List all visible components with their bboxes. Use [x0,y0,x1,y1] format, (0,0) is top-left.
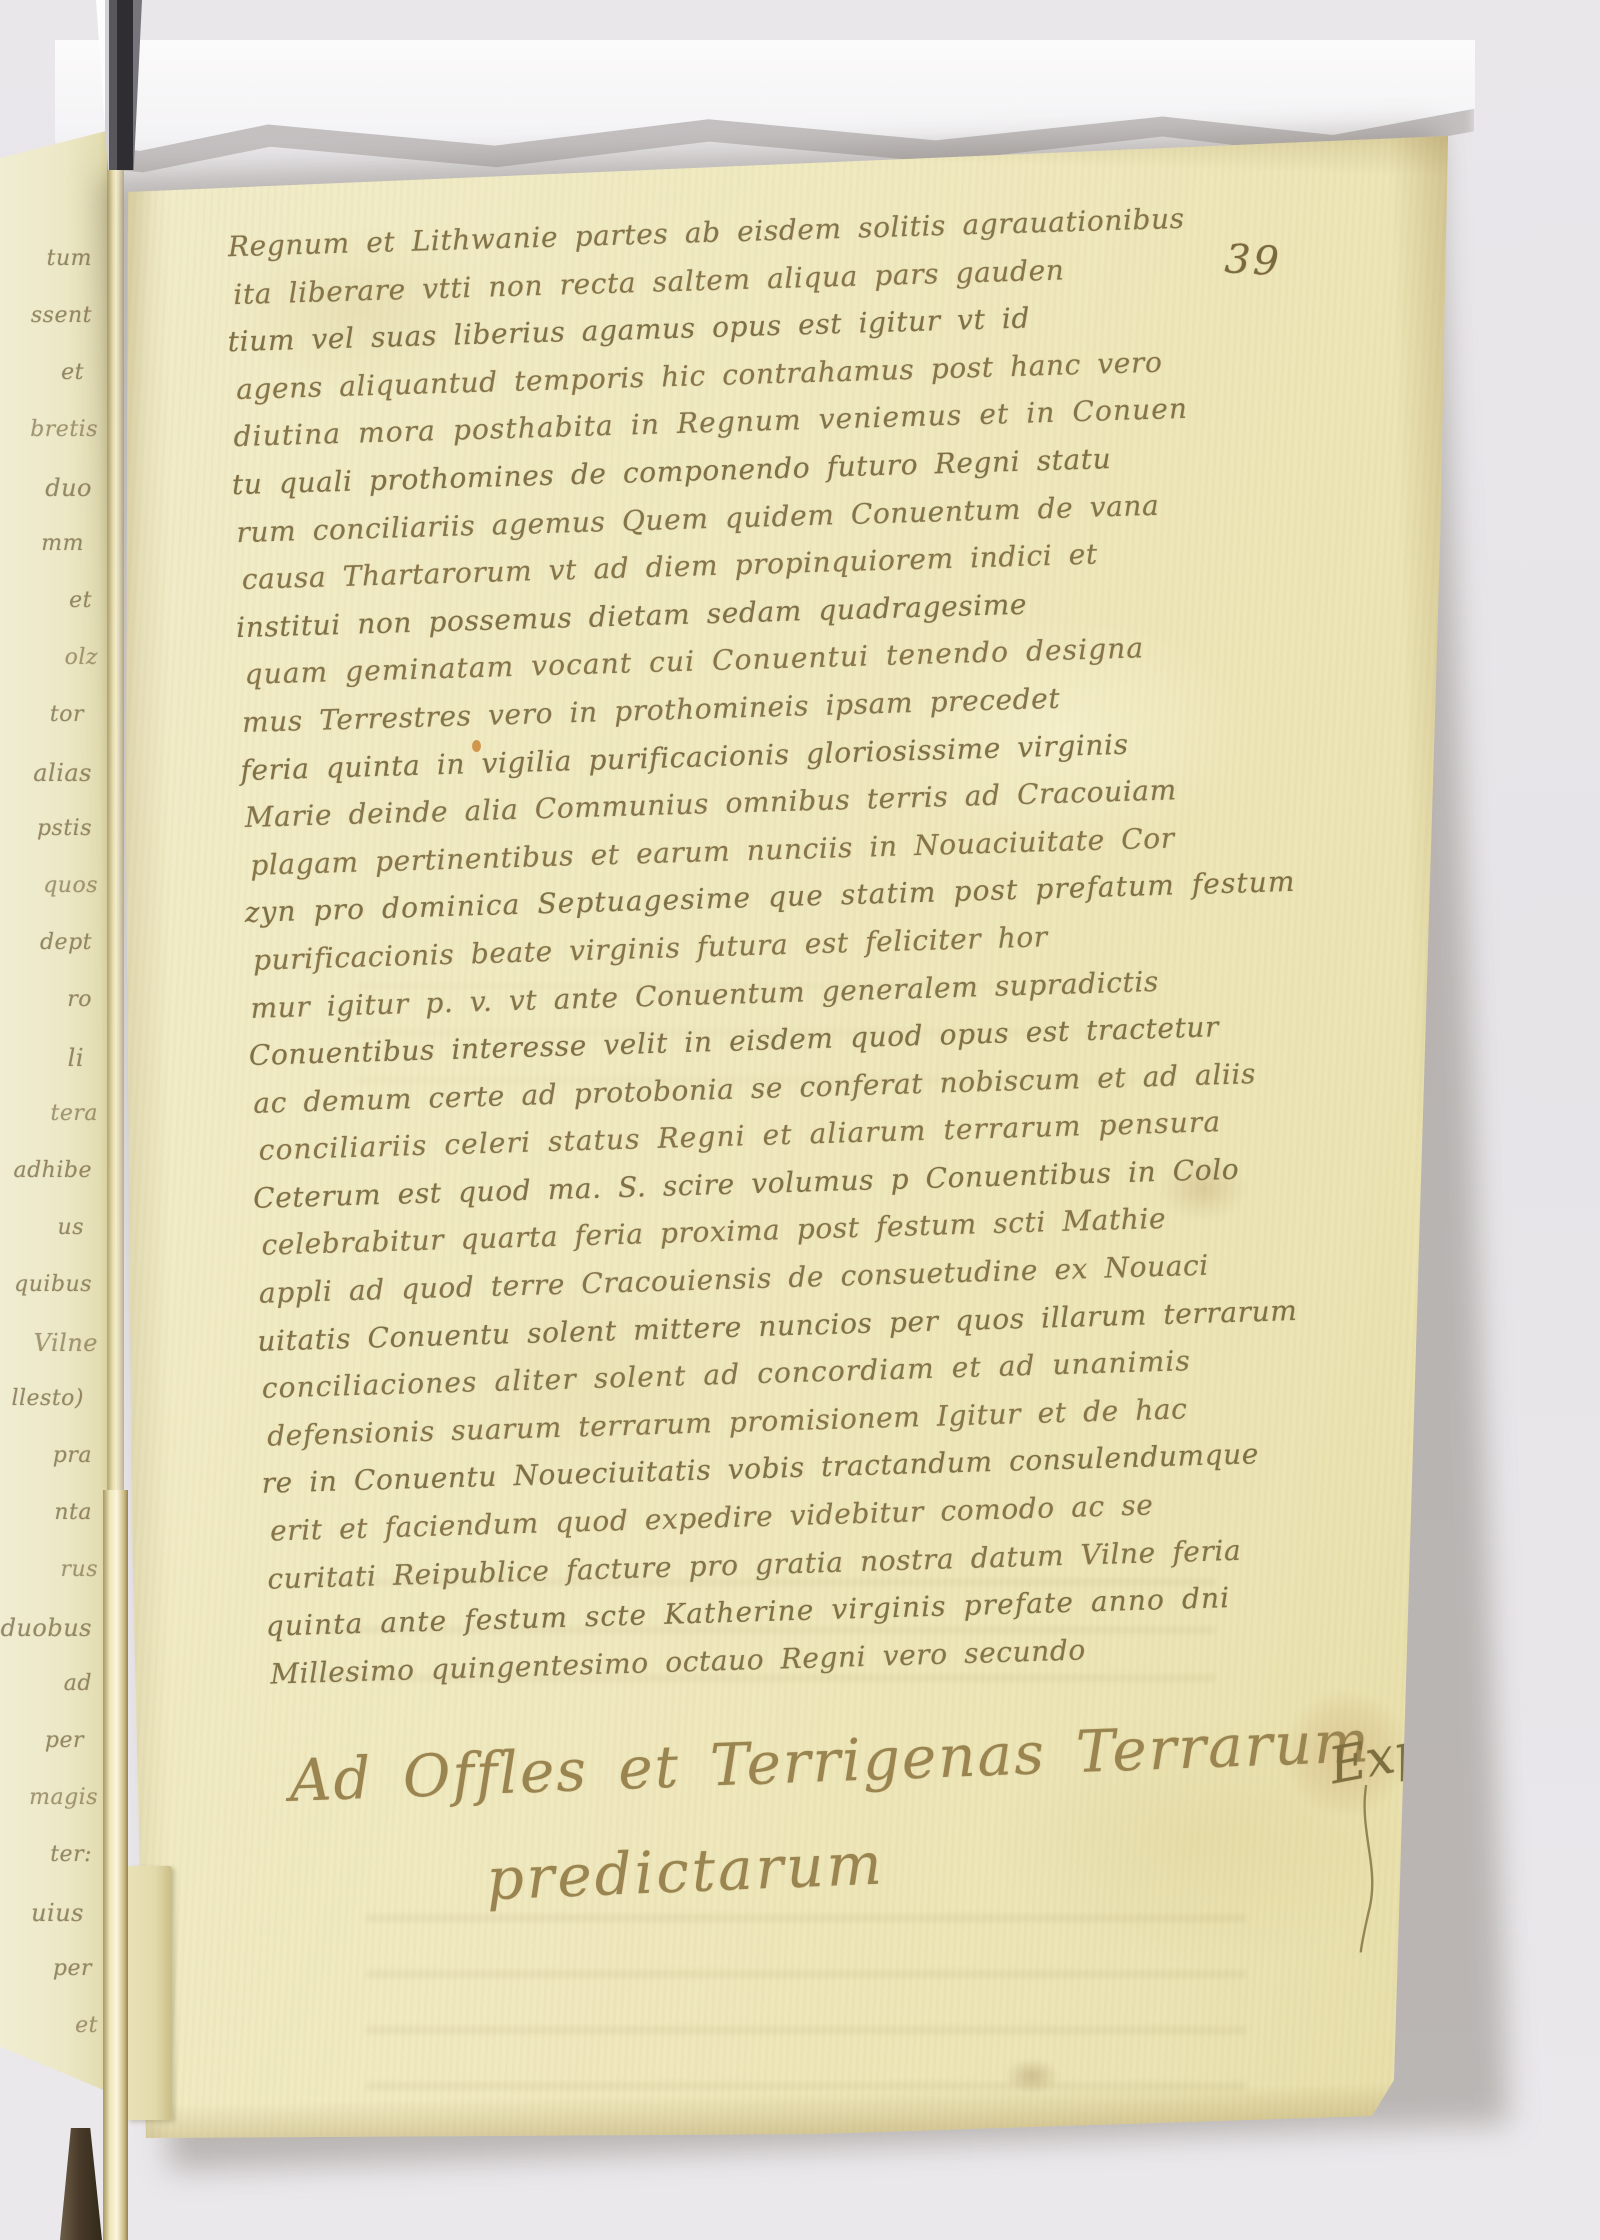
facing-page-text-fragment: dept [0,930,104,987]
facing-page-text-fragment: et [0,360,104,417]
facing-page-text-fragment: llesto) [0,1386,104,1443]
facing-page-text-fragment: bretis [0,417,104,474]
facing-page-text-fragment: us [0,1215,104,1272]
facing-page-text-fragment: per [0,1728,104,1785]
facing-page-text-fragment: et [0,588,104,645]
facing-page-text-fragment: adhibe [0,1158,104,1215]
facing-page-text-fragment: tum [0,246,104,303]
facing-page-text-fragment: ad [0,1671,104,1728]
facing-page-text-fragment: duobus [0,1614,104,1671]
facing-page-text-fragment: pstis [0,816,104,873]
facing-page-text-fragment: duo [0,474,104,531]
facing-page-text-fragment: ro [0,987,104,1044]
facing-page-text-fragment: mm [0,531,104,588]
facing-page-text-fragment: quibus [0,1272,104,1329]
facing-page-text-fragment: uius [0,1899,104,1956]
facing-page-text-fragment: pra [0,1443,104,1500]
photograph-backdrop: tumssentetbretisduommetolztoraliaspstisq… [0,0,1600,2240]
rod-bottom-tip [60,2128,102,2240]
parchment-gutter-tab [126,1866,172,2120]
facing-page-text-fragment: tor [0,702,104,759]
glass-rod [107,156,124,1496]
glass-rod-lower [103,1490,128,2240]
facing-page-gutter-strip: tumssentetbretisduommetolztoraliaspstisq… [0,128,118,2110]
facing-page-text-fragment: nta [0,1500,104,1557]
facing-page-text-fragment: alias [0,759,104,816]
facing-page-line-endings: tumssentetbretisduommetolztoraliaspstisq… [0,246,104,2070]
manuscript-leaf: 39 Regnum et Lithwanie partes ab eisdem … [116,128,1470,2142]
facing-page-text-fragment: rus [0,1557,104,1614]
facing-page-text-fragment: quos [0,873,104,930]
facing-page-text-fragment: olz [0,645,104,702]
facing-page-text-fragment: ssent [0,303,104,360]
facing-page-text-fragment: ter: [0,1842,104,1899]
facing-page-text-fragment: tera [0,1101,104,1158]
facing-page-text-fragment: li [0,1044,104,1101]
page-edge-shading [116,128,1470,2142]
facing-page-text-fragment: per [0,1956,104,2013]
facing-page-text-fragment: Vilne [0,1329,104,1386]
facing-page-text-fragment: magis [0,1785,104,1842]
facing-page-text-fragment: et [0,2013,104,2070]
